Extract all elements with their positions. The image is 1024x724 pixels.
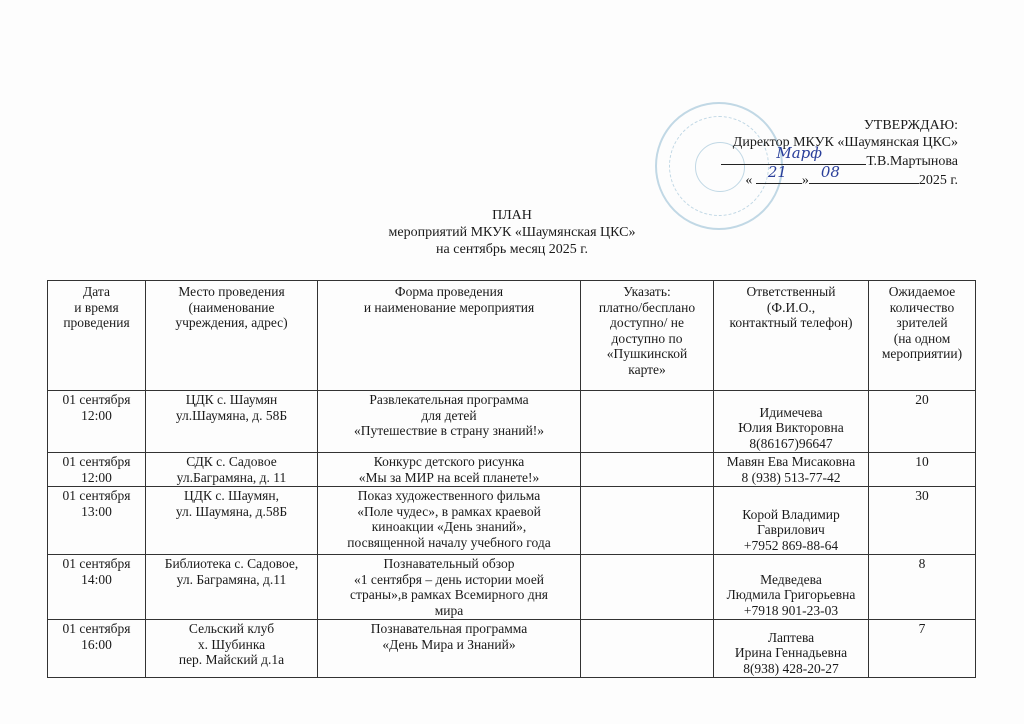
cell-event: Конкурс детского рисунка «Мы за МИР на в… [318,453,581,487]
cell-event: Познавательная программа «День Мира и Зн… [318,620,581,678]
cell-place: СДК с. Садовое ул.Баграмяна, д. 11 [146,453,318,487]
cell-responsible: Мавян Ева Мисаковна 8 (938) 513-77-42 [714,453,869,487]
cell-event: Развлекательная программа для детей «Пут… [318,391,581,453]
approval-month-field: 08 [809,170,919,184]
cell-datetime: 01 сентября 12:00 [48,453,146,487]
cell-responsible: Идимечева Юлия Викторовна 8(86167)96647 [714,391,869,453]
table-header-row: Дата и время проведения Место проведения… [48,281,976,391]
cell-place: ЦДК с. Шаумян, ул. Шаумяна, д.58Б [146,487,318,555]
cell-pushkin-card [581,555,714,620]
header-audience: Ожидаемое количество зрителей (на одном … [869,281,976,391]
cell-datetime: 01 сентября 13:00 [48,487,146,555]
cell-datetime: 01 сентября 12:00 [48,391,146,453]
header-datetime: Дата и время проведения [48,281,146,391]
title-period: на сентябрь месяц 2025 г. [0,241,1024,258]
title-organization: мероприятий МКУК «Шаумянская ЦКС» [0,224,1024,241]
cell-event: Показ художественного фильма «Поле чудес… [318,487,581,555]
header-place: Место проведения (наименование учреждени… [146,281,318,391]
cell-pushkin-card [581,620,714,678]
approval-day-field: 21 [756,170,802,184]
approval-month: 08 [821,164,840,181]
cell-responsible: Медведева Людмила Григорьевна +7918 901-… [714,555,869,620]
cell-audience: 7 [869,620,976,678]
approver-name: Т.В.Мартынова [866,154,958,169]
approval-position: Директор МКУК «Шаумянская ЦКС» [721,134,958,151]
signature-field: Марф [721,151,866,165]
cell-event: Познавательный обзор «1 сентября – день … [318,555,581,620]
header-responsible: Ответственный (Ф.И.О., контактный телефо… [714,281,869,391]
cell-place: Библиотека с. Садовое, ул. Баграмяна, д.… [146,555,318,620]
cell-audience: 20 [869,391,976,453]
cell-pushkin-card [581,453,714,487]
cell-audience: 30 [869,487,976,555]
table-row: 01 сентября 12:00ЦДК с. Шаумян ул.Шаумян… [48,391,976,453]
cell-audience: 8 [869,555,976,620]
cell-pushkin-card [581,487,714,555]
cell-place: Сельский клуб х. Шубинка пер. Майский д.… [146,620,318,678]
header-event: Форма проведения и наименование мероприя… [318,281,581,391]
events-plan-table: Дата и время проведения Место проведения… [47,280,976,678]
header-pushkin-card: Указать: платно/бесплано доступно/ не до… [581,281,714,391]
table-row: 01 сентября 14:00Библиотека с. Садовое, … [48,555,976,620]
cell-responsible: Корой Владимир Гаврилович +7952 869-88-6… [714,487,869,555]
cell-datetime: 01 сентября 14:00 [48,555,146,620]
approval-heading: УТВЕРЖДАЮ: [721,117,958,134]
title-plan: ПЛАН [0,207,1024,224]
table-row: 01 сентября 13:00ЦДК с. Шаумян, ул. Шаум… [48,487,976,555]
cell-audience: 10 [869,453,976,487]
cell-datetime: 01 сентября 16:00 [48,620,146,678]
table-row: 01 сентября 12:00СДК с. Садовое ул.Багра… [48,453,976,487]
approval-date-line: « 21 » 08 2025 г. [721,170,958,189]
approval-block: УТВЕРЖДАЮ: Директор МКУК «Шаумянская ЦКС… [721,117,958,189]
signature: Марф [776,145,822,162]
table-row: 01 сентября 16:00Сельский клуб х. Шубинк… [48,620,976,678]
cell-place: ЦДК с. Шаумян ул.Шаумяна, д. 58Б [146,391,318,453]
cell-responsible: Лаптева Ирина Геннадьевна 8(938) 428-20-… [714,620,869,678]
approval-day: 21 [768,164,787,181]
cell-pushkin-card [581,391,714,453]
approval-year: 2025 г. [919,173,958,188]
document-title: ПЛАН мероприятий МКУК «Шаумянская ЦКС» н… [0,207,1024,258]
